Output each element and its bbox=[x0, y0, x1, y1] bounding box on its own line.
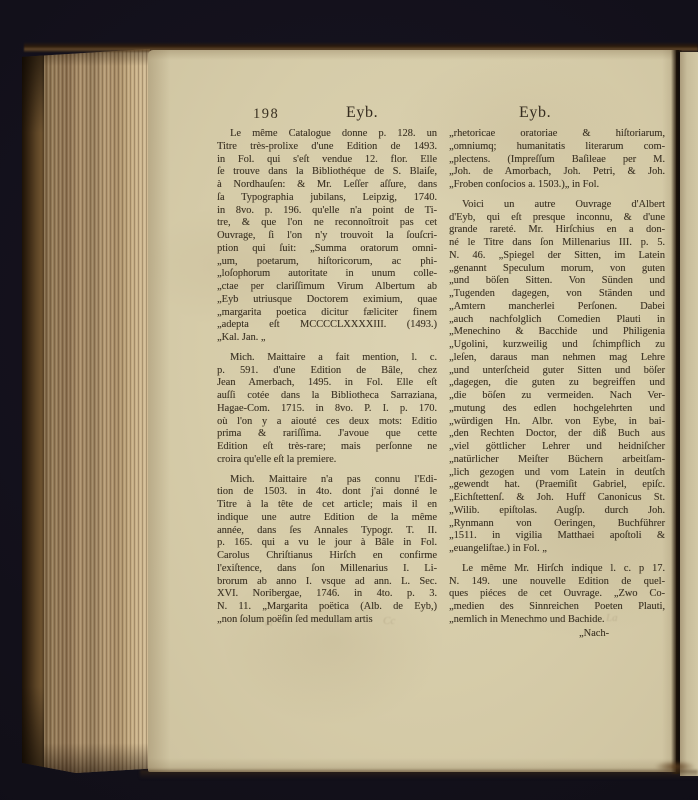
text-line: „1511. in vigilia Matthaei apoſtoli & bbox=[449, 530, 665, 543]
text-line: „lich gezogen und vom Latein in deutſch bbox=[449, 467, 665, 480]
text-line: XVI. Noribergae, 1746. in 4to. p. 3. bbox=[217, 588, 437, 601]
text-line: Jean Amerbach, 1495. in Fol. Elle eſt bbox=[217, 377, 437, 390]
text-line: „leſen, daraus man nehmen mag Lehre bbox=[449, 352, 665, 365]
text-line: „genannt Speculum morum, von guten bbox=[449, 263, 665, 276]
text-line: ſe trouve dans la Bibliothéque de S. Bla… bbox=[217, 166, 437, 179]
text-line: „ctae per clariſſimum Virum Albertum ab bbox=[217, 281, 437, 294]
text-column-right: „rhetoricae oratoriae & hiſtoriarum,„omn… bbox=[449, 128, 665, 640]
text-line: né le Titre dans ſon Millenarius III. p.… bbox=[449, 237, 665, 250]
photo-background: 198 Eyb. Eyb. Le même Catalogue donne p.… bbox=[0, 0, 698, 800]
text-line: „den Rechten Doctor, der diß Buch aus bbox=[449, 428, 665, 441]
text-line: prima & rariſſima. J'avoue que cette bbox=[217, 428, 437, 441]
running-header-right: Eyb. bbox=[519, 104, 551, 122]
paragraph: Voici un autre Ouvrage d'Albertd'Eyb, qu… bbox=[449, 199, 665, 556]
text-line: Titre très-prolixe d'une Edition de 1493… bbox=[217, 141, 437, 154]
text-line: où l'on y a aiouté ces deux mots: Editio bbox=[217, 416, 437, 429]
text-line: Le même Mr. Hirſch indique l. c. p 17. bbox=[449, 563, 665, 576]
text-line: d'Eyb, qui eſt presque inconnu, & d'une bbox=[449, 212, 665, 225]
text-line: „nemlich in Menechmo und Bachide. bbox=[449, 614, 665, 627]
text-line: p. 165. qui a vu le jour à Bâle in Fol. bbox=[217, 537, 437, 550]
book-page: 198 Eyb. Eyb. Le même Catalogue donne p.… bbox=[148, 50, 676, 772]
text-line: „rhetoricae oratoriae & hiſtoriarum, bbox=[449, 128, 665, 141]
text-line: „und böſen Sitten. Von Sünden und bbox=[449, 275, 665, 288]
text-line: N. 46. „Spiegel der Sitten, im Latein bbox=[449, 250, 665, 263]
catchword: „Nach- bbox=[449, 628, 665, 641]
text-line: N. 11. „Margarita poëtica (Alb. de Eyb,) bbox=[217, 601, 437, 614]
paragraph: „rhetoricae oratoriae & hiſtoriarum,„omn… bbox=[449, 128, 665, 192]
text-line: „natürlicher Meiſter Büchern arbeitſam- bbox=[449, 454, 665, 467]
book-fore-edge-leaves bbox=[22, 46, 150, 773]
text-line: Le même Catalogue donne p. 128. un bbox=[217, 128, 437, 141]
text-line: brorum ab anno I. vsque ad ann. L. Sec. bbox=[217, 576, 437, 589]
text-line: „Menechino & Bacchide und Philigenia bbox=[449, 326, 665, 339]
text-line: à Nordhauſen: & Mr. Leſſer aſſure, dans bbox=[217, 179, 437, 192]
text-line: „würdigen Hn. Albr. von Eybe, in bai- bbox=[449, 416, 665, 429]
facing-page-sliver bbox=[680, 52, 698, 776]
text-line: Hagae-Com. 1715. in 8vo. P. I. p. 170. bbox=[217, 403, 437, 416]
text-line: „und unterſcheid guter Sitten und böſer bbox=[449, 365, 665, 378]
text-line: in Fol. qui s'eſt vendue 12. flor. Elle bbox=[217, 154, 437, 167]
bleedthrough-signature-ghost: Cc bbox=[383, 615, 395, 627]
text-line: „Kal. Jan. „ bbox=[217, 332, 437, 345]
book-cover-edge bbox=[22, 46, 46, 773]
text-line: p. 591. d'une Edition de Bâle, chez bbox=[217, 365, 437, 378]
paragraph: Le même Mr. Hirſch indique l. c. p 17.N.… bbox=[449, 563, 665, 627]
paragraph: Mich. Maittaire n'a pas connu l'Edi-tion… bbox=[217, 474, 437, 627]
text-line: „dagegen, die guten zu begreiffen und bbox=[449, 377, 665, 390]
text-line: grande rareté. Mr. Hirſchius en a don- bbox=[449, 224, 665, 237]
bleedthrough-ghost-left: el bbox=[265, 617, 273, 629]
text-line: „euangeliſtae.) in Fol. „ bbox=[449, 543, 665, 556]
text-line: „margarita poetica dicitur fæliciter fin… bbox=[217, 307, 437, 320]
text-line: N. 149. une nouvelle Edition de quel- bbox=[449, 576, 665, 589]
stacked-page-edges bbox=[44, 46, 150, 773]
text-line: année, dans ſes Annales Typogr. T. II. bbox=[217, 525, 437, 538]
text-line: „Rynmann von Oeringen, Buchführer bbox=[449, 518, 665, 531]
text-line: in 8vo. p. 196. qu'elle n'a point de Ti- bbox=[217, 205, 437, 218]
text-line: ſa Typographia jubilans, Leipzig, 1740. bbox=[217, 192, 437, 205]
paragraph: Mich. Maittaire a fait mention, l. c.p. … bbox=[217, 352, 437, 467]
text-line: „Eichſtettenſ. & Joh. Huff Canonicus St. bbox=[449, 492, 665, 505]
bleedthrough-ghost-right: La bbox=[606, 612, 618, 624]
text-line: Voici un autre Ouvrage d'Albert bbox=[449, 199, 665, 212]
text-line: tion de 1503. in 4to. dont j'ai donné le bbox=[217, 486, 437, 499]
text-line: Titre à la tête de cet article; mais il … bbox=[217, 499, 437, 512]
text-line: indique une autre Edition de la même bbox=[217, 512, 437, 525]
text-line: Mich. Maittaire n'a pas connu l'Edi- bbox=[217, 474, 437, 487]
text-line: „non ſolum poëſin ſed medullam artis bbox=[217, 614, 437, 627]
text-line: „viel göttlicher Lehrer und heidniſcher bbox=[449, 441, 665, 454]
text-line: croira qu'elle eſt la premiere. bbox=[217, 454, 437, 467]
text-line: „Wilib. epiſtolas. Augſp. durch Joh. bbox=[449, 505, 665, 518]
book-bottom-shadow bbox=[140, 770, 698, 779]
text-line: „medien des Sinnreichen Poeten Plauti, bbox=[449, 601, 665, 614]
text-line: „Amtern mancherlei Perſonen. Dabei bbox=[449, 301, 665, 314]
text-line: tre, & que l'on ne reconnoîtroit pas cet bbox=[217, 217, 437, 230]
text-line: „Ugolini, kurzweilig und ſchimpflich zu bbox=[449, 339, 665, 352]
text-line: „um, poetarum, hiſtoricorum, ac phi- bbox=[217, 256, 437, 269]
text-column-left: Le même Catalogue donne p. 128. unTitre … bbox=[217, 128, 437, 627]
text-line: „gewendt hat. (Praemiſit Gabriel, epiſc. bbox=[449, 479, 665, 492]
text-line: „die böſen zu vermeiden. Nach Ver- bbox=[449, 390, 665, 403]
text-line: ques piéces de cet Ouvrage. „Zwo Co- bbox=[449, 588, 665, 601]
text-line: „Froben conſocios a. 1503.)„ in Fol. bbox=[449, 179, 665, 192]
text-line: „mutung des edlen hochgelehrten und bbox=[449, 403, 665, 416]
text-line: l'exiſtence, dans ſon Millenarius I. Li- bbox=[217, 563, 437, 576]
text-column-right-paragraphs: „rhetoricae oratoriae & hiſtoriarum,„omn… bbox=[449, 128, 665, 627]
text-line: „Tugenden dagegen, von Ständen und bbox=[449, 288, 665, 301]
text-line: auſſi cotée dans la Bibliotheca Sarrazia… bbox=[217, 390, 437, 403]
running-header-left: Eyb. bbox=[346, 104, 378, 122]
text-line: Carolus Chriſtianus Hirſch en confirme bbox=[217, 550, 437, 563]
page-number: 198 bbox=[253, 106, 279, 123]
text-line: Mich. Maittaire a fait mention, l. c. bbox=[217, 352, 437, 365]
text-line: „omniumq; humanitatis literarum com- bbox=[449, 141, 665, 154]
text-line: Edition eſt très-rare; mais perſonne ne bbox=[217, 441, 437, 454]
paragraph: Le même Catalogue donne p. 128. unTitre … bbox=[217, 128, 437, 345]
text-line: „plectens. (Impreſſum Baſileae per M. bbox=[449, 154, 665, 167]
text-line: ption qui ſuit: „Summa oratorum omni- bbox=[217, 243, 437, 256]
text-line: „Eyb utriusque Doctorem eximium, quae bbox=[217, 294, 437, 307]
text-line: „Joh. de Amorbach, Joh. Petri, & Joh. bbox=[449, 166, 665, 179]
text-line: Ouvrage, ſi l'on n'y trouvoit la ſouſcri… bbox=[217, 230, 437, 243]
text-line: „adepta eſt MCCCCLXXXXIII. (1493.) bbox=[217, 319, 437, 332]
text-line: „loſophorum autoritate in unum colle- bbox=[217, 268, 437, 281]
text-line: „auch nachfolglich Comedien Plauti in bbox=[449, 314, 665, 327]
